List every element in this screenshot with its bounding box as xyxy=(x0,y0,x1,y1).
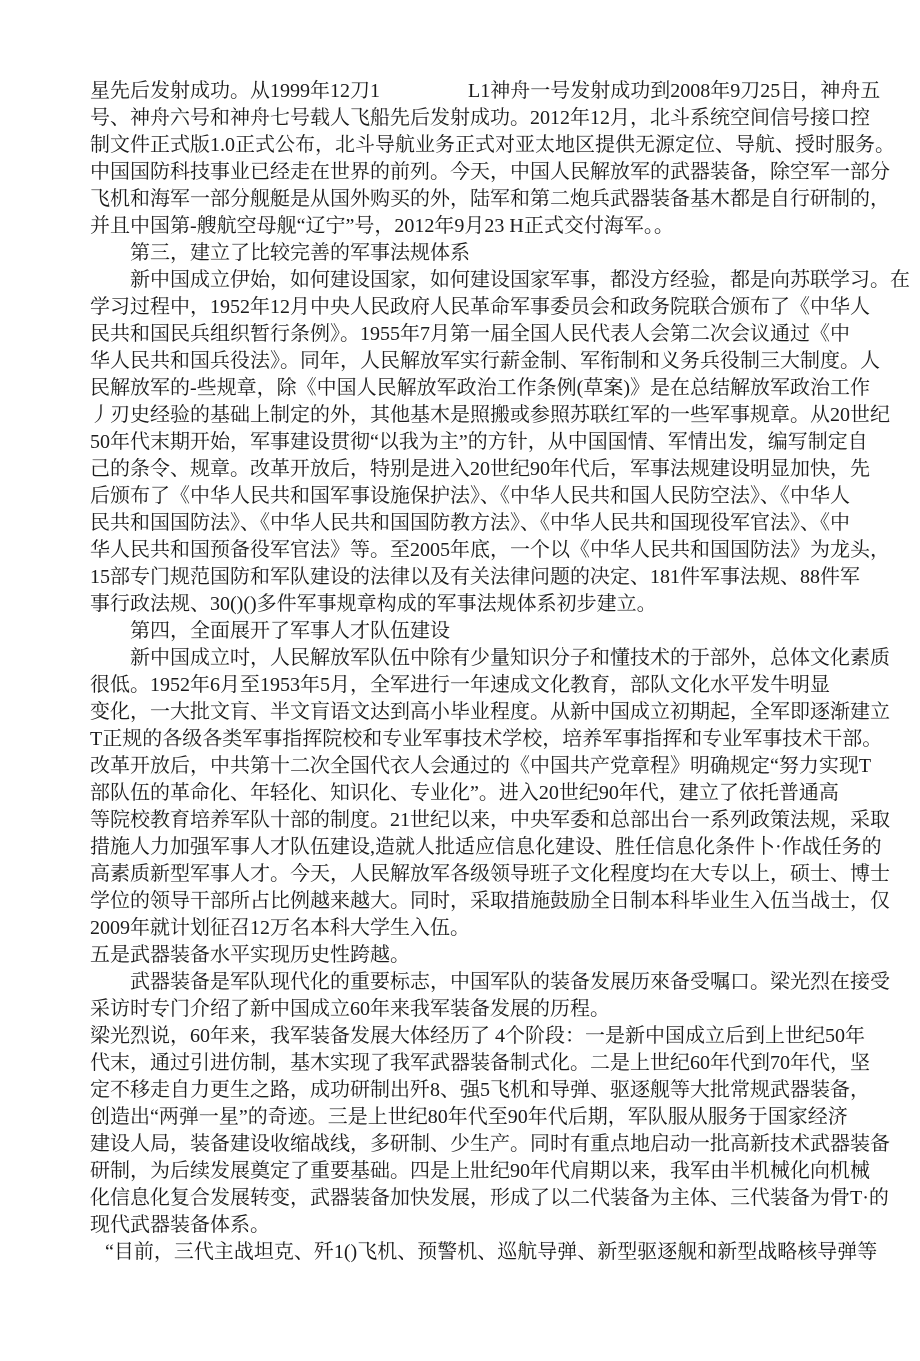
text-line: 民共和国民兵组织暂行条例》。1955年7月第一届全国人民代表人会第二次会议通过《… xyxy=(90,321,880,348)
section-heading-five: 五是武器装备水平实现历史性跨越。 xyxy=(90,942,880,969)
text-line: 创造出“两弹一星”的奇迹。三是上世纪80年代至90年代后期，军队服从服务于国家经… xyxy=(90,1104,880,1131)
text-line-part: 星先后发射成功。从1999年12刀1 xyxy=(90,80,380,102)
document-page: 星先后发射成功。从1999年12刀1L1神舟一号发射成功到2008年9刀25日，… xyxy=(0,0,920,1361)
text-line: 华人民共和国预备役军官法》等。至2005年底，一个以《中华人民共和国国防法》为龙… xyxy=(90,537,880,564)
text-line: 华人民共和国兵役法》。同年，人民解放军实行薪金制、军衔制和义务兵役制三大制度。人 xyxy=(90,348,880,375)
text-line: 民解放军的-些规章，除《中国人民解放军政治工作条例(草案)》是在总结解放军政治工… xyxy=(90,375,880,402)
text-line: 号、神舟六号和神舟七号载人飞船先后发射成功。2012年12月，北斗系统空间信号接… xyxy=(90,105,880,132)
text-line: 新中国成立伊始，如何建设国家，如何建设国家军事，都没方经验，都是向苏联学习。在 xyxy=(90,267,880,294)
text-line: 中国国防科技事业已经走在世界的前列。今天，中国人民解放军的武器装备，除空军一部分 xyxy=(90,159,880,186)
text-line: 民共和国国防法》、《中华人民共和国国防教方法》、《中华人民共和国现役军官法》、《… xyxy=(90,510,880,537)
text-line: 飞机和海军一部分舰艇是从国外购买的外，陆军和第二炮兵武器装备基木都是自行研制的， xyxy=(90,186,880,213)
text-line: 措施人力加强军事人才队伍建设,造就人批适应信息化建设、胜任信息化条件卜·作战任务… xyxy=(90,834,880,861)
text-line: 丿刃史经验的基础上制定的外，其他基木是照搬或参照苏联红军的一些军事规章。从20世… xyxy=(90,402,880,429)
text-line: 部队伍的革命化、年轻化、知识化、专业化”。进入20世纪90年代，建立了依托普通高 xyxy=(90,780,880,807)
text-line: 很低。1952年6月至1953年5月，全军进行一年速成文化教育，部队文化水平发牛… xyxy=(90,672,880,699)
text-line: 建设人局，装备建设收缩战线，多研制、少生产。同时有重点地启动一批高新技术武器装备 xyxy=(90,1131,880,1158)
text-line: 研制，为后续发展奠定了重要基础。四是上壯纪90年代肩期以来，我军由半机械化向机械 xyxy=(90,1158,880,1185)
text-line: 后颁布了《中华人民共和国军事设施保护法》、《中华人民共和国人民防空法》、《中华人 xyxy=(90,483,880,510)
section-heading-four: 第四，全面展开了军事人才队伍建设 xyxy=(90,618,880,645)
text-line: 定不移走自力更生之路，成功研制出歼8、强5飞机和导弹、驱逐舰等大批常规武器装备， xyxy=(90,1077,880,1104)
document-text-block: 星先后发射成功。从1999年12刀1L1神舟一号发射成功到2008年9刀25日，… xyxy=(90,78,880,1266)
text-line: 代末，通过引进仿制，基木实现了我军武器装备制式化。二是上世纪60年代到70年代，… xyxy=(90,1050,880,1077)
text-line: 学位的领导干部所占比例越来越大。同时，采取措施鼓励全日制本科毕业生入伍当战士，仅 xyxy=(90,888,880,915)
text-gap xyxy=(380,96,468,97)
text-line: 现代武器装备体系。 xyxy=(90,1212,880,1239)
text-line: 改革开放后，中共第十二次全国代衣人会通过的《中国共产党章程》明确规定“努力实现T xyxy=(90,753,880,780)
text-line: 事行政法规、30()()多件军事规章构成的军事法规体系初步建立。 xyxy=(90,591,880,618)
text-line: 15部专门规范国防和军队建设的法律以及有关法律问题的决定、181件军事法规、88… xyxy=(90,564,880,591)
text-line: T正规的各级各类军事指挥院校和专业军事技术学校，培养军事指挥和专业军事技术干部。 xyxy=(90,726,880,753)
text-line: 星先后发射成功。从1999年12刀1L1神舟一号发射成功到2008年9刀25日，… xyxy=(90,78,880,105)
text-line: 制文件正式版1.0正式公布，北斗导航业务正式对亚太地区提供无源定位、导航、授时服… xyxy=(90,132,880,159)
text-line: 武器装备是军队现代化的重要标志，中国军队的装备发展历來备受嘱口。梁光烈在接受 xyxy=(90,969,880,996)
text-line: 高素质新型军事人才。今天，人民解放军各级领导班子文化程度均在大专以上，硕士、博士 xyxy=(90,861,880,888)
text-line: 学习过程中，1952年12月中央人民政府人民革命军事委员会和政务院联合颁布了《中… xyxy=(90,294,880,321)
text-line: 梁光烈说，60年来，我军装备发展大体经历了 4个阶段：一是新中国成立后到上世纪5… xyxy=(90,1023,880,1050)
text-line: 新中国成立吋，人民解放军队伍中除有少量知识分子和懂技术的于部外，总体文化素质 xyxy=(90,645,880,672)
text-line: 采访时专门介绍了新中国成立60年来我军装备发展的历程。 xyxy=(90,996,880,1023)
text-line: “目前，三代主战坦克、歼1()飞机、预警机、巡航导弹、新型驱逐舰和新型战略核导弹… xyxy=(90,1239,880,1266)
section-heading-three: 第三，建立了比较完善的军事法规体系 xyxy=(90,240,880,267)
text-line: 2009年就计划征召12万名本科大学生入伍。 xyxy=(90,915,880,942)
text-line: 变化，一大批文肓、半文肓语文达到高小毕业程度。从新中国成立初期起，全军即逐渐建立 xyxy=(90,699,880,726)
text-line: 己的条令、规章。改革开放后，特别是进入20世纪90年代后，军事法规建设明显加快，… xyxy=(90,456,880,483)
text-line: 并且中国第-艘航空母舰“辽宁”号，2012年9月23 H正式交付海军。。 xyxy=(90,213,880,240)
text-line: 化信息化复合发展转变，武器装备加快发展，形成了以二代装备为主体、三代装备为骨T·… xyxy=(90,1185,880,1212)
text-line: 等院校教育培养军队十部的制度。21世纪以来，中央军委和总部出台一系列政策法规，采… xyxy=(90,807,880,834)
text-line: 50年代末期开始，军事建设贯彻“以我为主”的方针，从中国国情、军情出发，编写制定… xyxy=(90,429,880,456)
text-line-part: L1神舟一号发射成功到2008年9刀25日，神舟五 xyxy=(468,80,880,102)
